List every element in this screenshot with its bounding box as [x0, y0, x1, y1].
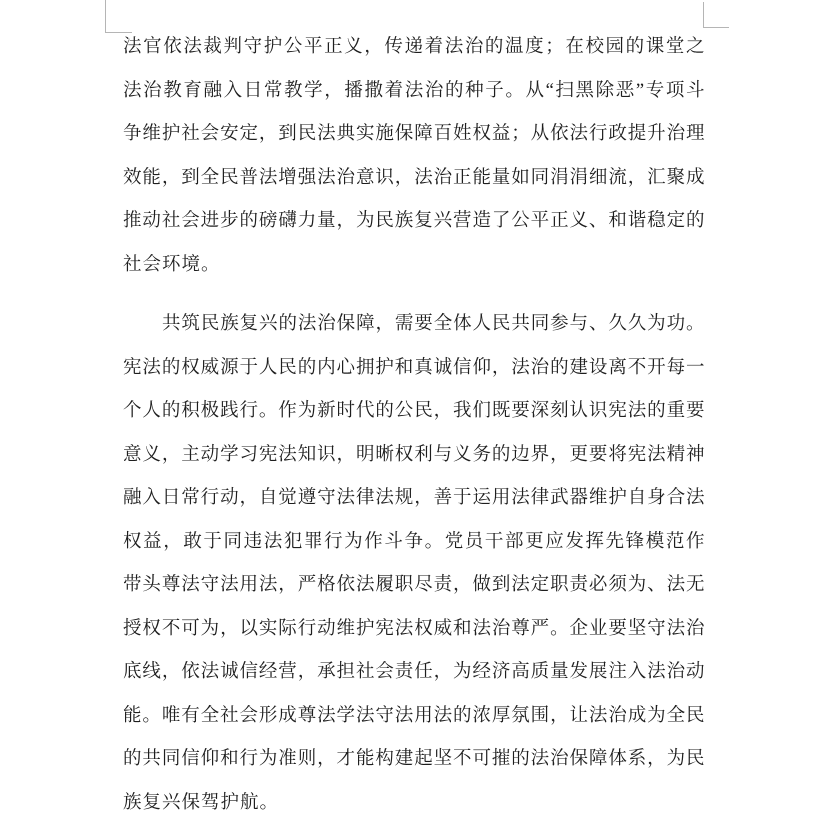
text-line[interactable]: 授权不可为，以实际行动维护宪法权威和法治尊严。企业要坚守法治 — [123, 608, 705, 652]
text-line[interactable]: 的共同信仰和行为准则，才能构建起坚不可摧的法治保障体系，为民 — [123, 738, 705, 782]
text-line[interactable]: 个人的积极践行。作为新时代的公民，我们既要深刻认识宪法的重要 — [123, 390, 705, 434]
text-line[interactable]: 权益，敢于同违法犯罪行为作斗争。党员干部更应发挥先锋模范作用， — [123, 521, 705, 565]
text-line[interactable]: 宪法的权威源于人民的内心拥护和真诚信仰，法治的建设离不开每一 — [123, 347, 705, 391]
paragraph: 法官依法裁判守护公平正义，传递着法治的温度；在校园的课堂之上，法治教育融入日常教… — [123, 26, 705, 287]
text-line[interactable]: 法治教育融入日常教学，播撒着法治的种子。从“扫黑除恶”专项斗 — [123, 70, 705, 114]
document-page: 法官依法裁判守护公平正义，传递着法治的温度；在校园的课堂之上，法治教育融入日常教… — [0, 0, 828, 828]
text-line[interactable]: 争维护社会安定，到民法典实施保障百姓权益；从依法行政提升治理 — [123, 113, 705, 157]
text-line[interactable]: 共筑民族复兴的法治保障，需要全体人民共同参与、久久为功。 — [123, 303, 705, 347]
paragraph: 共筑民族复兴的法治保障，需要全体人民共同参与、久久为功。宪法的权威源于人民的内心… — [123, 303, 705, 825]
text-line[interactable]: 底线，依法诚信经营，承担社会责任，为经济高质量发展注入法治动 — [123, 651, 705, 695]
text-line[interactable]: 融入日常行动，自觉遵守法律法规，善于运用法律武器维护自身合法 — [123, 477, 705, 521]
text-line[interactable]: 法官依法裁判守护公平正义，传递着法治的温度；在校园的课堂之上， — [123, 26, 705, 70]
text-line[interactable]: 能。唯有全社会形成尊法学法守法用法的浓厚氛围，让法治成为全民 — [123, 695, 705, 739]
text-line[interactable]: 推动社会进步的磅礴力量，为民族复兴营造了公平正义、和谐稳定的 — [123, 200, 705, 244]
text-line[interactable]: 效能，到全民普法增强法治意识，法治正能量如同涓涓细流，汇聚成 — [123, 157, 705, 201]
text-line[interactable]: 带头尊法守法用法，严格依法履职尽责，做到法定职责必须为、法无 — [123, 564, 705, 608]
text-line[interactable]: 社会环境。 — [123, 244, 705, 288]
text-line[interactable]: 族复兴保驾护航。 — [123, 782, 705, 826]
margin-crop-mark-top-right — [703, 2, 729, 28]
text-line[interactable]: 意义，主动学习宪法知识，明晰权利与义务的边界，更要将宪法精神 — [123, 434, 705, 478]
document-text-area[interactable]: 法官依法裁判守护公平正义，传递着法治的温度；在校园的课堂之上，法治教育融入日常教… — [123, 26, 705, 825]
